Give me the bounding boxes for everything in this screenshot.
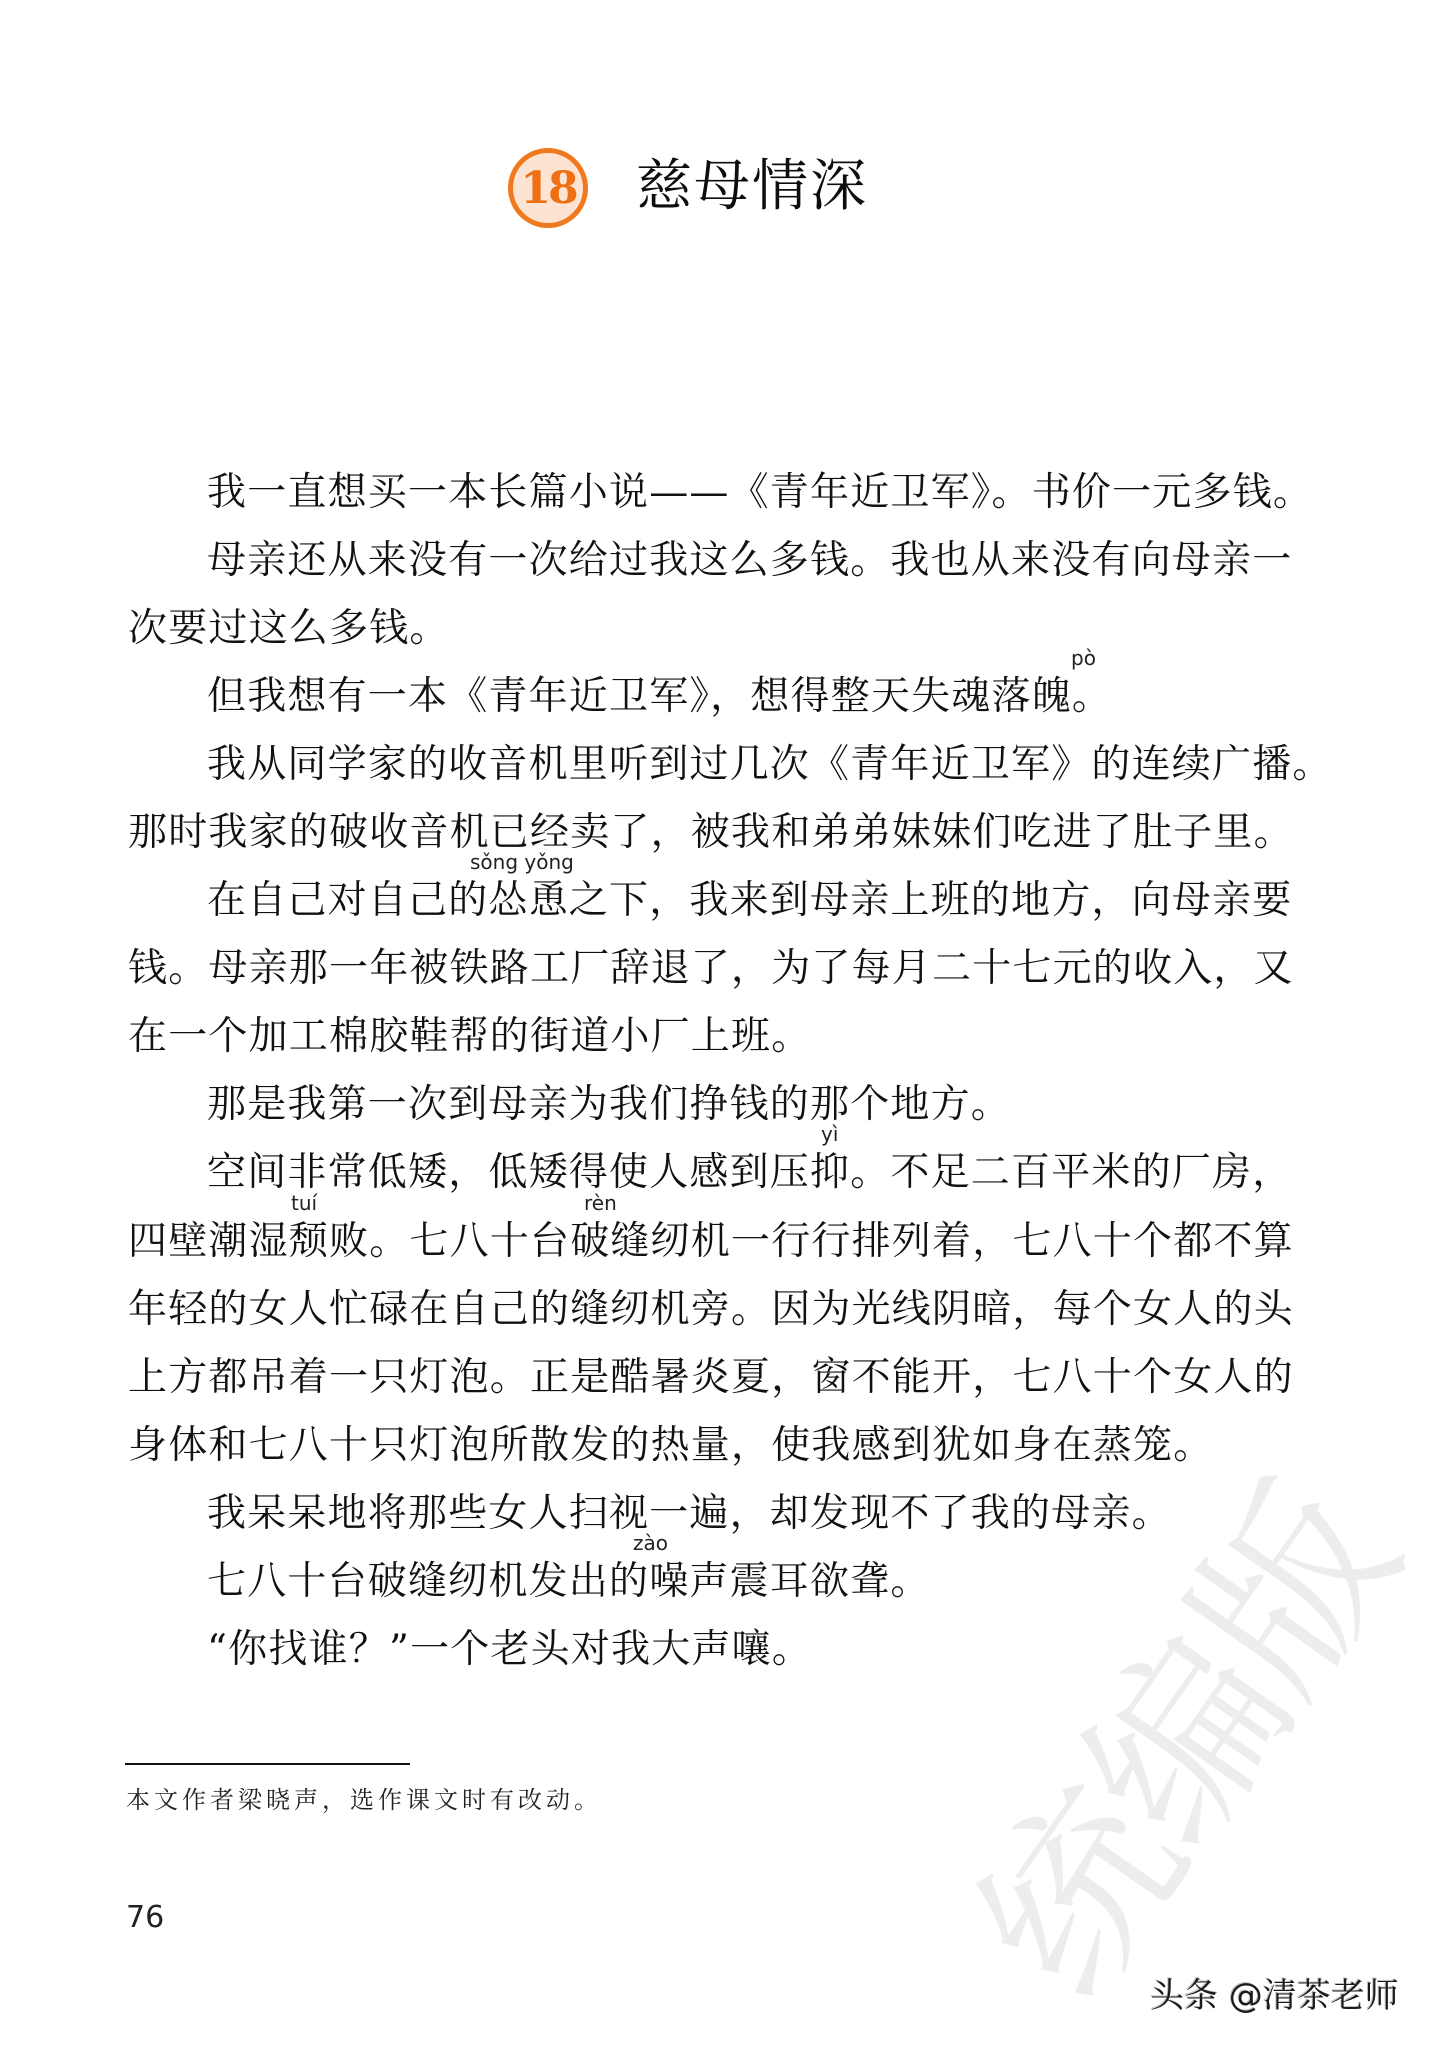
lesson-body: 我一直想买一本长篇小说——《青年近卫军》。书价一元多钱。 母亲还从来没有一次给过…	[128, 459, 1263, 1684]
body-line: “你找谁？”一个老头对我大声嚷。	[128, 1616, 1263, 1684]
line-text: 七八十台破缝纫机发出的噪声震耳欲聋。	[207, 1559, 931, 1604]
line-text: 在一个加工棉胶鞋帮的街道小厂上班。	[128, 1014, 811, 1059]
body-line: 那时我家的破收音机已经卖了，被我和弟弟妹妹们吃进了肚子里。	[128, 799, 1263, 867]
line-text: 身体和七八十只灯泡所散发的热量，使我感到犹如身在蒸笼。	[128, 1423, 1213, 1468]
line-text: 母亲还从来没有一次给过我这么多钱。我也从来没有向母亲一	[207, 538, 1292, 583]
body-line: 在一个加工棉胶鞋帮的街道小厂上班。	[128, 1003, 1263, 1071]
pinyin-annotation: tuí	[291, 1192, 317, 1214]
body-line: tuí rèn 四壁潮湿颓败。七八十台破缝纫机一行行排列着，七八十个都不算	[128, 1208, 1263, 1276]
pinyin-annotation: sǒng yǒng	[470, 851, 574, 873]
line-text: 但我想有一本《青年近卫军》，想得整天失魂落魄。	[207, 674, 1112, 719]
line-text: 年轻的女人忙碌在自己的缝纫机旁。因为光线阴暗，每个女人的头	[128, 1287, 1294, 1332]
line-text: 在自己对自己的怂恿之下，我来到母亲上班的地方，向母亲要	[207, 878, 1292, 923]
line-text: 我一直想买一本长篇小说——《青年近卫军》。书价一元多钱。	[207, 470, 1313, 515]
line-text: “你找谁？”一个老头对我大声嚷。	[207, 1627, 812, 1672]
body-line: 母亲还从来没有一次给过我这么多钱。我也从来没有向母亲一	[128, 527, 1263, 595]
pinyin-annotation: rèn	[584, 1192, 617, 1214]
pinyin-annotation: yì	[821, 1123, 838, 1145]
line-text: 我从同学家的收音机里听到过几次《青年近卫军》的连续广播。	[207, 742, 1333, 787]
line-text: 钱。母亲那一年被铁路工厂辞退了，为了每月二十七元的收入，又	[128, 946, 1294, 991]
body-line: 那是我第一次到母亲为我们挣钱的那个地方。	[128, 1071, 1263, 1139]
pinyin-annotation: zào	[633, 1532, 668, 1554]
line-text: 我呆呆地将那些女人扫视一遍，却发现不了我的母亲。	[207, 1491, 1172, 1536]
line-text: 那是我第一次到母亲为我们挣钱的那个地方。	[207, 1082, 1011, 1127]
body-line: 上方都吊着一只灯泡。正是酷暑炎夏，窗不能开，七八十个女人的	[128, 1344, 1263, 1412]
line-text: 那时我家的破收音机已经卖了，被我和弟弟妹妹们吃进了肚子里。	[128, 810, 1294, 855]
body-line: 钱。母亲那一年被铁路工厂辞退了，为了每月二十七元的收入，又	[128, 935, 1263, 1003]
body-line: zào 七八十台破缝纫机发出的噪声震耳欲聋。	[128, 1548, 1263, 1616]
lesson-title: 慈母情深	[636, 152, 868, 222]
line-text: 空间非常低矮，低矮得使人感到压抑。不足二百平米的厂房，	[207, 1150, 1292, 1195]
line-text: 四壁潮湿颓败。七八十台破缝纫机一行行排列着，七八十个都不算	[128, 1219, 1294, 1264]
lesson-number-badge: 18	[508, 148, 588, 228]
footnote: 本文作者梁晓声，选作课文时有改动。	[126, 1785, 602, 1815]
body-line: 年轻的女人忙碌在自己的缝纫机旁。因为光线阴暗，每个女人的头	[128, 1276, 1263, 1344]
line-text: 上方都吊着一只灯泡。正是酷暑炎夏，窗不能开，七八十个女人的	[128, 1355, 1294, 1400]
body-line: 我从同学家的收音机里听到过几次《青年近卫军》的连续广播。	[128, 731, 1263, 799]
body-line: sǒng yǒng 在自己对自己的怂恿之下，我来到母亲上班的地方，向母亲要	[128, 867, 1263, 935]
line-text: 次要过这么多钱。	[128, 606, 450, 651]
body-line: 我一直想买一本长篇小说——《青年近卫军》。书价一元多钱。	[128, 459, 1263, 527]
source-watermark: 头条 @清茶老师	[1150, 1974, 1399, 2018]
body-line: 我呆呆地将那些女人扫视一遍，却发现不了我的母亲。	[128, 1480, 1263, 1548]
page-number: 76	[126, 1900, 164, 1936]
lesson-number: 18	[520, 167, 575, 211]
footnote-divider	[125, 1763, 410, 1765]
body-line: 身体和七八十只灯泡所散发的热量，使我感到犹如身在蒸笼。	[128, 1412, 1263, 1480]
body-line: pò 但我想有一本《青年近卫军》，想得整天失魂落魄。	[128, 663, 1263, 731]
pinyin-annotation: pò	[1071, 647, 1096, 669]
